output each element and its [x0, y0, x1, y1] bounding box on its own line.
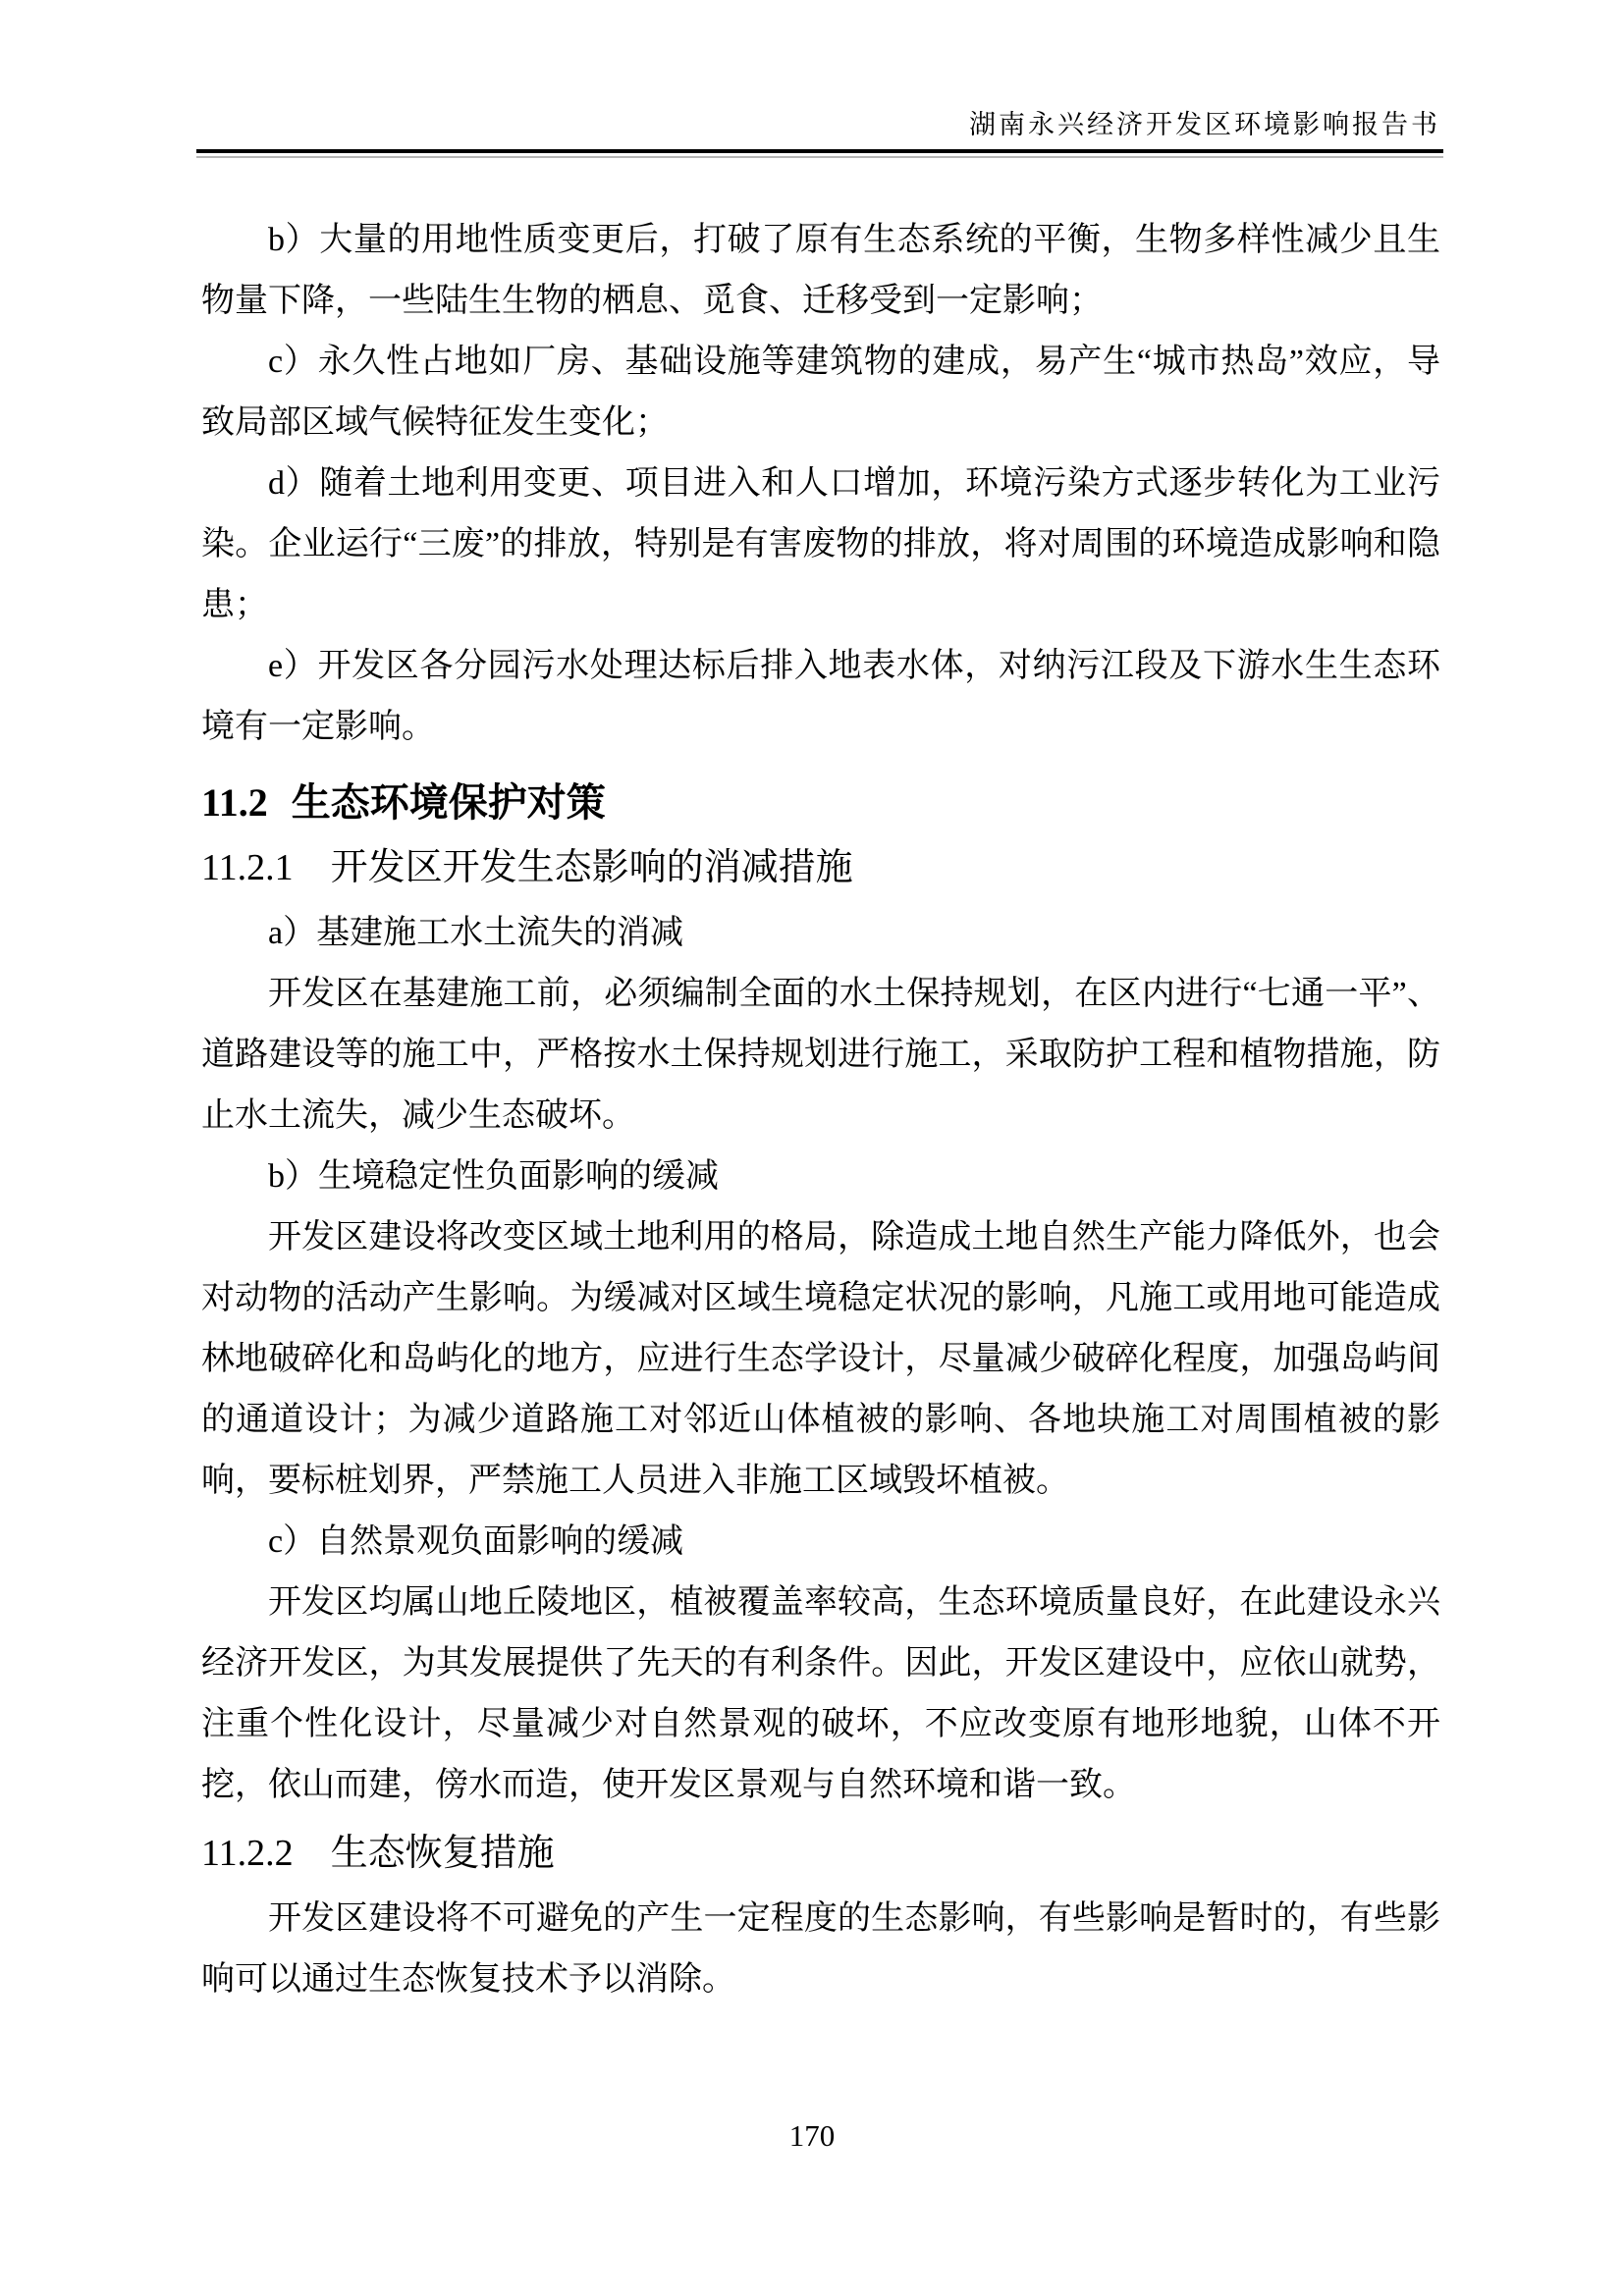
body-paragraph: a）基建施工水土流失的消减 [201, 903, 1440, 964]
body-paragraph: b）大量的用地性质变更后，打破了原有生态系统的平衡，生物多样性减少且生物量下降，… [201, 210, 1440, 332]
section-title: 生态环境保护对策 [292, 781, 606, 825]
body-paragraph: 开发区均属山地丘陵地区，植被覆盖率较高，生态环境质量良好，在此建设永兴经济开发区… [201, 1573, 1440, 1816]
header-rule-thin [196, 156, 1443, 158]
subsection-number: 11.2.2 [201, 1833, 294, 1874]
body-paragraph: c）永久性占地如厂房、基础设施等建筑物的建成，易产生“城市热岛”效应，导致局部区… [201, 332, 1440, 454]
section-number: 11.2 [201, 780, 268, 825]
page-number: 170 [0, 2118, 1624, 2154]
subsection-title: 生态恢复措施 [331, 1833, 555, 1874]
subsection-number: 11.2.1 [201, 847, 294, 888]
body-paragraph: c）自然景观负面影响的缓减 [201, 1512, 1440, 1573]
subsection-title: 开发区开发生态影响的消减措施 [331, 847, 853, 888]
body-paragraph: b）生境稳定性负面影响的缓减 [201, 1147, 1440, 1207]
document-page: 湖南永兴经济开发区环境影响报告书 b）大量的用地性质变更后，打破了原有生态系统的… [0, 0, 1624, 2296]
body-paragraph: 开发区建设将不可避免的产生一定程度的生态影响，有些影响是暂时的，有些影响可以通过… [201, 1889, 1440, 2010]
subsection-heading: 11.2.2生态恢复措施 [201, 1826, 1440, 1881]
document-body: b）大量的用地性质变更后，打破了原有生态系统的平衡，生物多样性减少且生物量下降，… [201, 210, 1440, 2010]
section-heading: 11.2生态环境保护对策 [201, 775, 1440, 830]
subsection-heading: 11.2.1开发区开发生态影响的消减措施 [201, 840, 1440, 895]
body-paragraph: d）随着土地利用变更、项目进入和人口增加，环境污染方式逐步转化为工业污染。企业运… [201, 454, 1440, 636]
body-paragraph: 开发区在基建施工前，必须编制全面的水土保持规划，在区内进行“七通一平”、道路建设… [201, 964, 1440, 1147]
running-header-title: 湖南永兴经济开发区环境影响报告书 [196, 108, 1440, 141]
body-paragraph: e）开发区各分园污水处理达标后排入地表水体，对纳污江段及下游水生生态环境有一定影… [201, 636, 1440, 758]
body-paragraph: 开发区建设将改变区域土地利用的格局，除造成土地自然生产能力降低外，也会对动物的活… [201, 1207, 1440, 1512]
header-rule-thick [196, 149, 1443, 153]
